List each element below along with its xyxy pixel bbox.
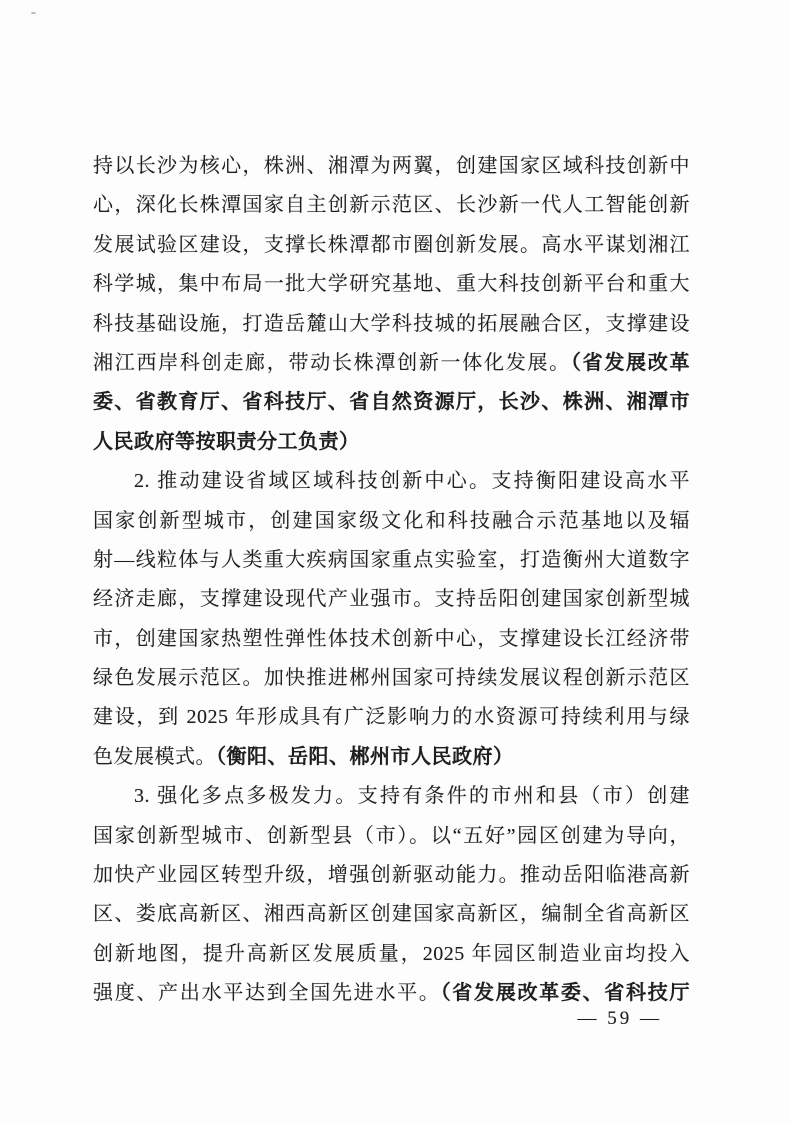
text-line: 持以长沙为核心，株洲、湘潭为两翼，创建国家区域科技创新中 (93, 147, 690, 186)
body-text-segment: 科学城，集中布局一批大学研究基地、重大科技创新平台和重大 (93, 273, 690, 295)
attribution-text-segment: （衡阳、岳阳、郴州市人民政府） (216, 746, 514, 768)
text-line: 人民政府等按职责分工负责） (93, 423, 690, 462)
attribution-text-segment: （省发展改革委、省科技厅 (441, 982, 690, 1004)
page-number: — 59 — (578, 1005, 663, 1033)
text-line: 市，创建国家热塑性弹性体技术创新中心，支撑建设长江经济带 (93, 620, 690, 659)
text-line: 经济走廊，支撑建设现代产业强市。支持岳阳创建国家创新型城 (93, 580, 690, 619)
body-text-segment: 强度、产出水平达到全国先进水平。 (93, 982, 441, 1004)
body-text-segment: 湘江西岸科创走廊，带动长株潭创新一体化发展。 (93, 352, 571, 374)
body-text-segment: 经济走廊，支撑建设现代产业强市。支持岳阳创建国家创新型城 (93, 588, 690, 610)
text-line: 心，深化长株潭国家自主创新示范区、长沙新一代人工智能创新 (93, 186, 690, 225)
text-line: 2. 推动建设省域区域科技创新中心。支持衡阳建设高水平 (93, 462, 690, 501)
paragraph: 3. 强化多点多极发力。支持有条件的市州和县（市）创建国家创新型城市、创新型县（… (93, 777, 690, 1013)
body-text-segment: 国家创新型城市，创建国家级文化和科技融合示范基地以及辐 (93, 510, 690, 532)
text-line: 射—线粒体与人类重大疾病国家重点实验室，打造衡州大道数字 (93, 541, 690, 580)
text-line: 湘江西岸科创走廊，带动长株潭创新一体化发展。（省发展改革 (93, 344, 690, 383)
body-text-segment: 色发展模式。 (93, 746, 216, 768)
text-line: 科技基础设施，打造岳麓山大学科技城的拓展融合区，支撑建设 (93, 305, 690, 344)
text-line: 国家创新型城市、创新型县（市）。以“五好”园区创建为导向， (93, 817, 690, 856)
text-line: 3. 强化多点多极发力。支持有条件的市州和县（市）创建 (93, 777, 690, 816)
text-line: 委、省教育厅、省科技厅、省自然资源厅，长沙、株洲、湘潭市 (93, 383, 690, 422)
text-line: 加快产业园区转型升级，增强创新驱动能力。推动岳阳临港高新 (93, 856, 690, 895)
body-text-segment: 2. 推动建设省域区域科技创新中心。支持衡阳建设高水平 (134, 470, 690, 492)
scan-speck (31, 12, 36, 14)
text-line: 建设，到 2025 年形成具有广泛影响力的水资源可持续利用与绿 (93, 698, 690, 737)
body-text-segment: 加快产业园区转型升级，增强创新驱动能力。推动岳阳临港高新 (93, 864, 690, 886)
attribution-text-segment: 委、省教育厅、省科技厅、省自然资源厅，长沙、株洲、湘潭市 (93, 391, 690, 413)
body-text-segment: 持以长沙为核心，株洲、湘潭为两翼，创建国家区域科技创新中 (93, 155, 690, 177)
text-line: 创新地图，提升高新区发展质量，2025 年园区制造业亩均投入 (93, 935, 690, 974)
attribution-text-segment: （省发展改革 (571, 352, 690, 374)
body-text-segment: 射—线粒体与人类重大疾病国家重点实验室，打造衡州大道数字 (93, 549, 690, 571)
paragraph: 持以长沙为核心，株洲、湘潭为两翼，创建国家区域科技创新中心，深化长株潭国家自主创… (93, 147, 690, 462)
body-text-segment: 国家创新型城市、创新型县（市）。以“五好”园区创建为导向， (93, 825, 690, 847)
body-text-segment: 创新地图，提升高新区发展质量，2025 年园区制造业亩均投入 (93, 943, 690, 965)
text-line: 色发展模式。（衡阳、岳阳、郴州市人民政府） (93, 738, 690, 777)
text-line: 科学城，集中布局一批大学研究基地、重大科技创新平台和重大 (93, 265, 690, 304)
body-text-segment: 3. 强化多点多极发力。支持有条件的市州和县（市）创建 (134, 785, 690, 807)
paragraph: 2. 推动建设省域区域科技创新中心。支持衡阳建设高水平国家创新型城市，创建国家级… (93, 462, 690, 777)
attribution-text-segment: 人民政府等按职责分工负责） (93, 431, 360, 453)
text-line: 区、娄底高新区、湘西高新区创建国家高新区，编制全省高新区 (93, 895, 690, 934)
document-page: 持以长沙为核心，株洲、湘潭为两翼，创建国家区域科技创新中心，深化长株潭国家自主创… (0, 0, 790, 1124)
body-text-segment: 区、娄底高新区、湘西高新区创建国家高新区，编制全省高新区 (93, 903, 690, 925)
text-line: 国家创新型城市，创建国家级文化和科技融合示范基地以及辐 (93, 502, 690, 541)
body-text-segment: 发展试验区建设，支撑长株潭都市圈创新发展。高水平谋划湘江 (93, 234, 690, 256)
text-line: 发展试验区建设，支撑长株潭都市圈创新发展。高水平谋划湘江 (93, 226, 690, 265)
body-text-segment: 绿色发展示范区。加快推进郴州国家可持续发展议程创新示范区 (93, 667, 690, 689)
document-body: 持以长沙为核心，株洲、湘潭为两翼，创建国家区域科技创新中心，深化长株潭国家自主创… (93, 147, 690, 1014)
body-text-segment: 建设，到 2025 年形成具有广泛影响力的水资源可持续利用与绿 (93, 706, 690, 728)
body-text-segment: 科技基础设施，打造岳麓山大学科技城的拓展融合区，支撑建设 (93, 313, 690, 335)
body-text-segment: 心，深化长株潭国家自主创新示范区、长沙新一代人工智能创新 (93, 194, 690, 216)
body-text-segment: 市，创建国家热塑性弹性体技术创新中心，支撑建设长江经济带 (93, 628, 690, 650)
text-line: 绿色发展示范区。加快推进郴州国家可持续发展议程创新示范区 (93, 659, 690, 698)
